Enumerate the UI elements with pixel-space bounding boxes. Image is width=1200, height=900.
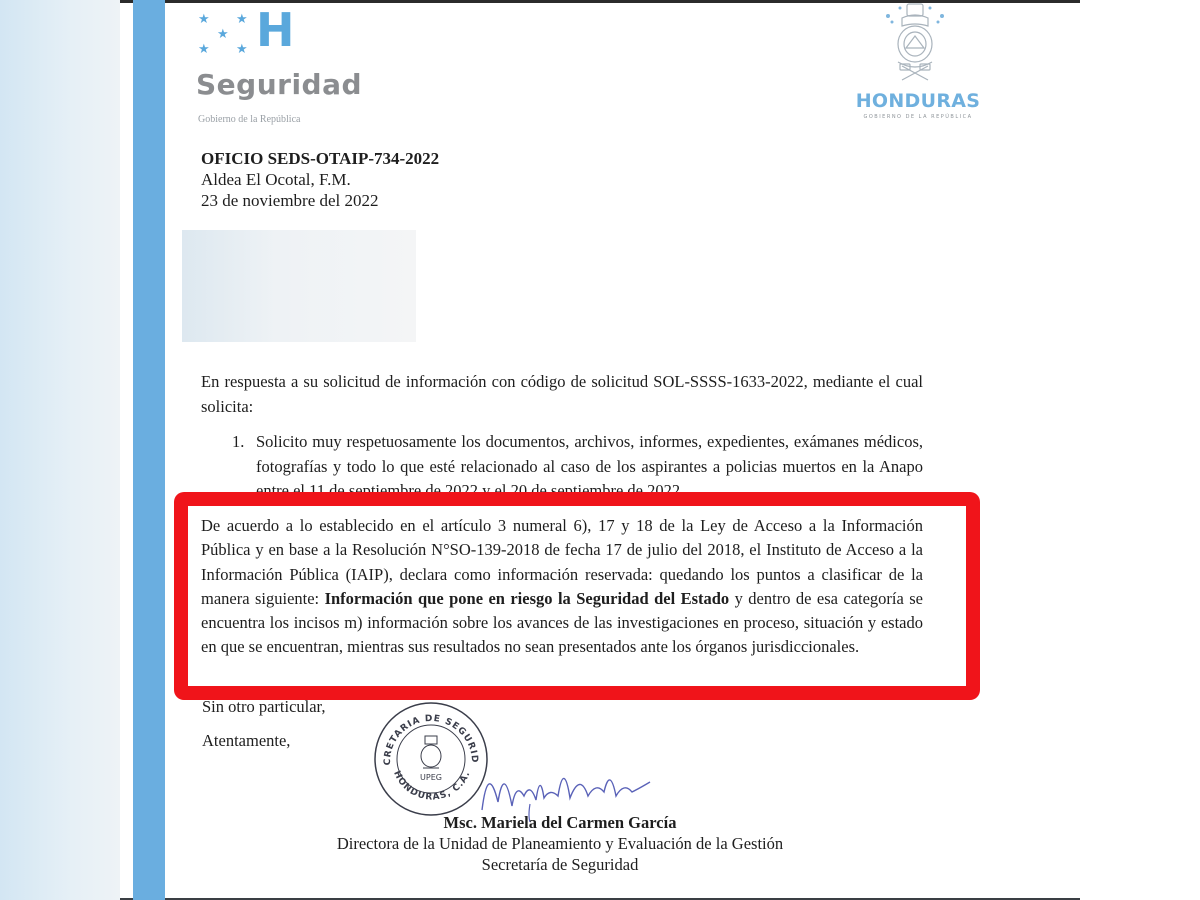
honduras-logo: HONDURAS GOBIERNO DE LA REPÚBLICA bbox=[840, 0, 990, 125]
declaration-paragraph: De acuerdo a lo establecido en el artícu… bbox=[201, 514, 923, 660]
intro-paragraph: En respuesta a su solicitud de informaci… bbox=[201, 370, 923, 419]
background-right bbox=[1080, 0, 1200, 900]
request-list: 1. Solicito muy respetuosamente los docu… bbox=[222, 430, 923, 494]
request-item-text: Solicito muy respetuosamente los documen… bbox=[256, 432, 923, 494]
logo-wordmark: Seguridad bbox=[196, 68, 362, 101]
honduras-stars-icon: ★ ★ ★ ★ ★ bbox=[196, 8, 248, 52]
closing-salutation: Atentamente, bbox=[202, 731, 290, 751]
request-item: 1. Solicito muy respetuosamente los docu… bbox=[222, 430, 923, 494]
document-reference: OFICIO SEDS-OTAIP-734-2022 bbox=[201, 148, 439, 169]
signatory-name: Msc. Mariela del Carmen García bbox=[300, 812, 820, 833]
honduras-wordmark: HONDURAS bbox=[848, 90, 988, 112]
signature-block: Msc. Mariela del Carmen García Directora… bbox=[300, 812, 820, 875]
redacted-recipient bbox=[182, 230, 416, 342]
svg-text:SECRETARIA DE SEGURIDAD: SECRETARIA DE SEGURIDAD bbox=[372, 700, 479, 765]
logo-mark: H bbox=[256, 8, 292, 52]
background-left bbox=[0, 0, 120, 900]
coat-of-arms-icon bbox=[880, 2, 950, 84]
declaration-bold: Información que pone en riesgo la Seguri… bbox=[325, 589, 730, 608]
honduras-subtitle: GOBIERNO DE LA REPÚBLICA bbox=[848, 114, 988, 120]
signatory-office: Secretaría de Seguridad bbox=[300, 854, 820, 875]
document-header: OFICIO SEDS-OTAIP-734-2022 Aldea El Ocot… bbox=[201, 148, 439, 211]
signatory-title: Directora de la Unidad de Planeamiento y… bbox=[300, 833, 820, 854]
seguridad-logo: ★ ★ ★ ★ ★ H Seguridad Gobierno de la Rep… bbox=[196, 8, 366, 123]
svg-text:UPEG: UPEG bbox=[420, 773, 442, 782]
document-date: 23 de noviembre del 2022 bbox=[201, 190, 439, 211]
closing-line: Sin otro particular, bbox=[202, 697, 326, 717]
letterhead-blue-bar bbox=[133, 0, 165, 900]
request-item-number: 1. bbox=[232, 430, 244, 455]
document-location: Aldea El Ocotal, F.M. bbox=[201, 169, 439, 190]
logo-subtitle: Gobierno de la República bbox=[198, 114, 300, 125]
